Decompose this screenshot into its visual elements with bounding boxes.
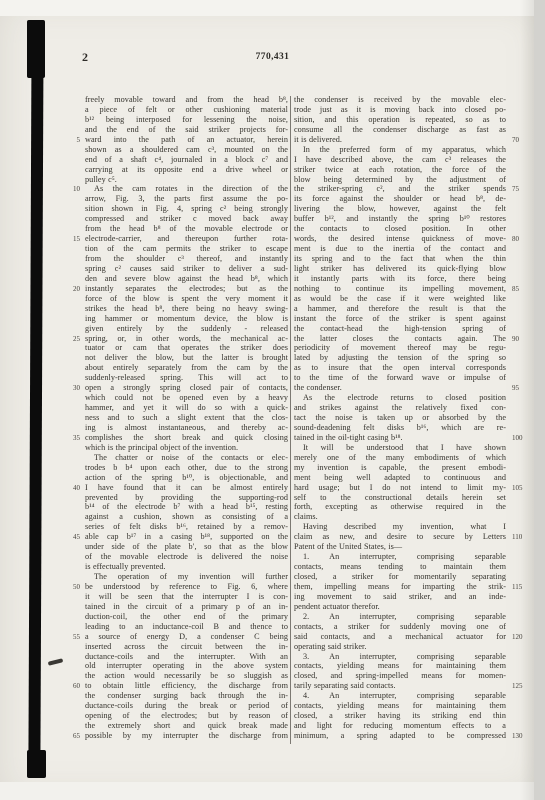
line-number: 40 [64,484,85,494]
text-line: contacts, means tending to maintain them [294,562,526,572]
line-text: trode just as it is moving back into clo… [294,105,506,115]
line-text: closed, a striker having its striking en… [294,711,506,721]
text-line: contacts, yielding means for maintaining… [294,701,526,711]
text-line: b¹⁴ of the electrode b⁷ with a head b¹⁵,… [64,502,288,512]
text-line: 45able cap b¹⁷ in a casing b¹⁸, supporte… [64,532,288,542]
line-text: The chatter or noise of the contacts or … [85,453,288,463]
scanned-patent-page: 2 770,431 freely movable toward and from… [0,0,545,800]
line-number: 125 [506,682,526,692]
text-line: prevented by providing the supporting-ro… [64,493,288,503]
line-text: den and severe blow against the head b⁸,… [85,274,288,284]
line-text: and light for reducing momentum effects … [294,721,506,731]
text-line: 110claim as new, and desire to secure by… [294,532,526,542]
line-text: 4. An interrupter, comprising separable [294,691,506,701]
text-line: trodes b b⁴ upon each other, due to the … [64,463,288,473]
line-text: strikes the head b⁸, there being no heav… [85,304,288,314]
line-text: b¹² being interposed for lessening the n… [85,115,288,125]
line-number: 30 [64,384,85,394]
line-number: 20 [64,285,85,295]
text-line: pulley c⁵. [64,175,288,185]
text-line: its force against the shoulder or head b… [294,194,526,204]
line-text: given entirely by the suddenly - release… [85,324,288,334]
text-line: given entirely by the suddenly - release… [64,324,288,334]
text-line: old interrupter operating in the above s… [64,661,288,671]
text-line: arrow, Fig. 3, the parts first assume th… [64,194,288,204]
text-line: The chatter or noise of the contacts or … [64,453,288,463]
text-line: shown as a shouldered cam c³, mounted on… [64,145,288,155]
line-text: a hammer, and therefore the result is th… [294,304,506,314]
text-line: 130minimum, a spring adapted to be compr… [294,731,526,741]
line-text: its force against the shoulder or head b… [294,194,506,204]
line-text: sition, and this operation is repeated, … [294,115,506,125]
scan-binding-bar [28,22,43,770]
line-number: 70 [506,136,526,146]
text-line: 90the latter closes the contacts again. … [294,334,526,344]
line-text: as would be the case if it were weighted… [294,294,506,304]
line-text: I have found that it can be almost entir… [85,483,288,493]
text-line: blow being determined by the adjustment … [294,175,526,185]
line-number: 80 [506,235,526,245]
line-number: 60 [64,682,85,692]
line-text: as to insure that the open interval corr… [294,363,506,373]
line-text: trodes b b⁴ upon each other, due to the … [85,463,288,473]
text-line: against a cushion, shown as consisting o… [64,512,288,522]
line-text: ing movement to said striker, and an ind… [294,592,506,602]
line-number: 115 [506,583,526,593]
text-line: ment being well adapted to continuous an… [294,473,526,483]
line-text: sound-deadening felt disks b¹⁶, which ar… [294,423,506,433]
line-text: consume all the condenser discharge as f… [294,125,506,135]
text-line: lated by adjusting the tension of the sp… [294,353,526,363]
line-text: self to the constructional details herei… [294,493,506,503]
text-line: and light for reducing momentum effects … [294,721,526,731]
text-line: 5ward into the path of an actuator, here… [64,135,288,145]
text-line: It will be understood that I have shown [294,443,526,453]
line-text: ness and to such a slight extent that th… [85,413,288,423]
column-divider-rule [290,96,291,744]
line-number: 35 [64,434,85,444]
text-line: under side of the plate b′, so that as t… [64,542,288,552]
line-number: 120 [506,633,526,643]
line-text: from the shoulder c³ thereof, and instan… [85,254,288,264]
line-text: able cap b¹⁷ in a casing b¹⁸, supported … [85,532,288,542]
text-line: As the electrode returns to closed posit… [294,393,526,403]
text-line: which could not be opened even by a heav… [64,393,288,403]
scan-top-margin [0,0,545,16]
line-text: lated by adjusting the tension of the sp… [294,353,506,363]
text-line: 80words, the desired intense quickness o… [294,234,526,244]
text-line: a hammer, and therefore the result is th… [294,304,526,314]
line-text: opening of the electrodes; but by reason… [85,711,288,721]
line-text: the condenser surging back through the i… [85,691,288,701]
line-text: minimum, a spring adapted to be compress… [294,731,506,741]
line-text: Patent of the United States, is— [294,542,506,552]
line-text: hammer, and yet it will do so with a qui… [85,403,288,413]
text-line: sition, and this operation is repeated, … [294,115,526,125]
text-line: self to the constructional details herei… [294,493,526,503]
line-text: my invention is capable, the present emb… [294,463,506,473]
line-text: action of the spring b¹⁰, is objectionab… [85,473,288,483]
line-text: and the end of the said striker projects… [85,125,288,135]
line-text: series of felt disks b¹⁶, retained by a … [85,522,288,532]
line-number: 85 [506,285,526,295]
text-line: I have described above, the cam c³ relea… [294,155,526,165]
line-text: the striker-spring c², and the striker s… [294,184,506,194]
text-line: 70it is delivered. [294,135,526,145]
text-line: contacts, yielding means for maintaining… [294,661,526,671]
line-text: prevented by providing the supporting-ro… [85,493,288,503]
line-number: 105 [506,484,526,494]
text-line: ductance-coils and the interrupter. With… [64,652,288,662]
text-line: the contacts to closed position. In othe… [294,224,526,234]
left-column: freely movable toward and from the head … [64,95,288,741]
line-text: blow being determined by the adjustment … [294,175,506,185]
text-line: hammer, and yet it will do so with a qui… [64,403,288,413]
text-line: 20instantly separates the electrodes; bu… [64,284,288,294]
text-line: carrying at its opposite end a drive whe… [64,165,288,175]
line-text: ductance-coils and the interrupter. With… [85,652,288,662]
text-line: about entirely separately from the cam b… [64,363,288,373]
line-number: 15 [64,235,85,245]
text-line: 65possible by my interrupter the dischar… [64,731,288,741]
line-text: As the cam rotates in the direction of t… [85,184,288,194]
line-text: freely movable toward and from the head … [85,95,288,105]
text-line: forth, excepting as otherwise required i… [294,502,526,512]
text-line: tact the noise is taken up or absorbed b… [294,413,526,423]
line-text: of the movable electrode is delivered th… [85,552,288,562]
line-number: 75 [506,185,526,195]
text-line: 105hard usage; but I do not intend to li… [294,483,526,493]
line-text: the latter closes the contacts again. Th… [294,334,506,344]
line-text: tion of the cam permits the striker to e… [85,244,288,254]
text-line: suddenly-released spring. This will act … [64,373,288,383]
text-line: the condenser is received by the movable… [294,95,526,105]
line-text: the contacts to closed position. In othe… [294,224,506,234]
line-text: leading to an inductance-coil B and then… [85,622,288,632]
text-line: as would be the case if it were weighted… [294,294,526,304]
text-line: spring c² causes said striker to deliver… [64,264,288,274]
text-line: Patent of the United States, is— [294,542,526,552]
text-line: instant the force of the striker is spen… [294,314,526,324]
line-text: contacts, yielding means for maintaining… [294,701,506,711]
text-line: trode just as it is moving back into clo… [294,105,526,115]
text-line: action of the spring b¹⁰, is objectionab… [64,473,288,483]
text-line: merely one of the many embodiments of wh… [294,453,526,463]
text-line: the condenser surging back through the i… [64,691,288,701]
line-text: 3. An interrupter, comprising separable [294,652,506,662]
text-line: 35complishes the short break and quick c… [64,433,288,443]
line-text: the extremely short and quick break made [85,721,288,731]
text-line: 10As the cam rotates in the direction of… [64,184,288,194]
line-text: ward into the path of an actuator, herei… [85,135,288,145]
text-line: 125tarily separating said contacts. [294,681,526,691]
line-text: a piece of felt or other cushioning mate… [85,105,288,115]
text-line: claims. [294,512,526,522]
text-line: den and severe blow against the head b⁸,… [64,274,288,284]
line-text: contacts, means tending to maintain them [294,562,506,572]
line-text: ductance-coils during the break or perio… [85,701,288,711]
line-number: 55 [64,633,85,643]
line-text: It will be understood that I have shown [294,443,506,453]
text-line: consume all the condenser discharge as f… [294,125,526,135]
line-text: carrying at its opposite end a drive whe… [85,165,288,175]
line-number: 5 [64,136,85,146]
line-text: it is delivered. [294,135,506,145]
line-text: pendent actuator therefor. [294,602,506,612]
line-number: 50 [64,583,85,593]
text-line: light striker has delivered its quick-fl… [294,264,526,274]
line-text: ing hammer or momentum device, the blow … [85,314,288,324]
line-text: it will be seen that the interrupter I i… [85,592,288,602]
line-text: open a strongly spring closed pair of co… [85,383,288,393]
line-text: which could not be opened even by a heav… [85,393,288,403]
line-text: b¹⁴ of the electrode b⁷ with a head b¹⁵,… [85,502,288,512]
text-line: the action would necessarily be so slugg… [64,671,288,681]
line-text: forth, excepting as otherwise required i… [294,502,506,512]
line-number: 95 [506,384,526,394]
line-text: claim as new, and desire to secure by Le… [294,532,506,542]
line-text: about entirely separately from the cam b… [85,363,288,373]
right-column: the condenser is received by the movable… [294,95,526,741]
line-text: contacts, a striker for suddenly moving … [294,622,506,632]
line-text: which is the principal object of the inv… [85,443,288,453]
text-line: compressed and striker c moved back away [64,214,288,224]
text-line: Having described my invention, what I [294,522,526,532]
line-text: In the preferred form of my apparatus, w… [294,145,506,155]
text-line: 120said contacts, and a mechanical actua… [294,632,526,642]
line-text: to obtain little efficiency, the dischar… [85,681,288,691]
text-line: 4. An interrupter, comprising separable [294,691,526,701]
line-text: pulley c⁵. [85,175,288,185]
line-text: electrode-carrier, and thereupon further… [85,234,288,244]
text-line: buffer b¹², and instantly the spring b¹⁰… [294,214,526,224]
line-text: 2. An interrupter, comprising separable [294,612,506,622]
text-line: strikes the head b⁸, there being no heav… [64,304,288,314]
line-text: tarily separating said contacts. [294,681,506,691]
text-line: livering the blow, however, against the … [294,204,526,214]
line-text: said contacts, and a mechanical actuator… [294,632,506,642]
line-text: As the electrode returns to closed posit… [294,393,506,403]
line-text: I have described above, the cam c³ relea… [294,155,506,165]
text-line: closed, and spring-impelled means for mo… [294,671,526,681]
line-text: spring, or, in other words, the mechanic… [85,334,288,344]
text-line: 60to obtain little efficiency, the disch… [64,681,288,691]
text-line: from the head b⁸ of the movable electrod… [64,224,288,234]
text-line: sound-deadening felt disks b¹⁶, which ar… [294,423,526,433]
scan-speck [48,658,64,666]
text-line: tained in the circuit of a primary p of … [64,602,288,612]
line-text: tained in the oil-tight casing b¹⁸. [294,433,506,443]
line-text: Having described my invention, what I [294,522,506,532]
text-line: it will be seen that the interrupter I i… [64,592,288,602]
text-line: 2. An interrupter, comprising separable [294,612,526,622]
text-line: 40I have found that it can be almost ent… [64,483,288,493]
line-text: nothing to continue its impelling moveme… [294,284,506,294]
text-line: In the preferred form of my apparatus, w… [294,145,526,155]
line-text: under side of the plate b′, so that as t… [85,542,288,552]
line-text: tact the noise is taken up or absorbed b… [294,413,506,423]
line-text: 1. An interrupter, comprising separable [294,552,506,562]
text-line: a piece of felt or other cushioning mate… [64,105,288,115]
line-text: duction-coil, the other end of the prima… [85,612,288,622]
text-line: tuator or cam that operates the striker … [64,343,288,353]
line-text: ing is almost instantaneous, and thereby… [85,423,288,433]
line-text: the condenser. [294,383,506,393]
text-line: contacts, a striker for suddenly moving … [294,622,526,632]
text-line: the extremely short and quick break made [64,721,288,731]
text-line: 3. An interrupter, comprising separable [294,652,526,662]
text-line: is effectually prevented. [64,562,288,572]
line-text: operating said striker. [294,642,506,652]
line-text: closed, a striker for momentarily separa… [294,572,506,582]
line-text: a source of energy D, a condenser C bein… [85,632,288,642]
line-text: be understood by reference to Fig. 6, wh… [85,582,288,592]
text-line: 55a source of energy D, a condenser C be… [64,632,288,642]
text-line: 25spring, or, in other words, the mechan… [64,334,288,344]
line-text: force of the blow is spent the very mome… [85,294,288,304]
text-line: not deliver the blow, but the latter is … [64,353,288,363]
scan-binding-bottom-blot [27,750,46,778]
line-text: tained in the circuit of a primary p of … [85,602,288,612]
line-text: light striker has delivered its quick-fl… [294,264,506,274]
text-line: ductance-coils during the break or perio… [64,701,288,711]
text-line: force of the blow is spent the very mome… [64,294,288,304]
text-line: 15electrode-carrier, and thereupon furth… [64,234,288,244]
line-text: possible by my interrupter the discharge… [85,731,288,741]
text-line: 115them, impelling means for imparting t… [294,582,526,592]
scan-right-edge [534,0,545,800]
scan-binding-top-blot [27,20,45,78]
text-line: which is the principal object of the inv… [64,443,288,453]
text-line: ing is almost instantaneous, and thereby… [64,423,288,433]
text-line: periodicity of movement thereof may be r… [294,343,526,353]
text-line: series of felt disks b¹⁶, retained by a … [64,522,288,532]
line-text: ment being well adapted to continuous an… [294,473,506,483]
text-line: and the end of the said striker projects… [64,125,288,135]
patent-number: 770,431 [0,52,545,62]
line-text: ment is due to the inertia of the contac… [294,244,506,254]
line-number: 65 [64,732,85,742]
line-text: sition shown in Fig. 4, spring c² being … [85,204,288,214]
line-text: its spring and to the fact that when the… [294,254,506,264]
text-line: it instantly parts with its force, there… [294,274,526,284]
text-line: 50be understood by reference to Fig. 6, … [64,582,288,592]
text-line: 100tained in the oil-tight casing b¹⁸. [294,433,526,443]
text-line: The operation of my invention will furth… [64,572,288,582]
line-text: suddenly-released spring. This will act … [85,373,288,383]
line-text: arrow, Fig. 3, the parts first assume th… [85,194,288,204]
line-text: to the time of the forward wave or impul… [294,373,506,383]
text-line: 95the condenser. [294,383,526,393]
line-text: livering the blow, however, against the … [294,204,506,214]
text-line: freely movable toward and from the head … [64,95,288,105]
text-line: of the movable electrode is delivered th… [64,552,288,562]
text-line: from the shoulder c³ thereof, and instan… [64,254,288,264]
text-line: 75the striker-spring c², and the striker… [294,184,526,194]
text-line: ing movement to said striker, and an ind… [294,592,526,602]
text-line: leading to an inductance-coil B and then… [64,622,288,632]
line-text: the contact-head the high-tension spring… [294,324,506,334]
line-text: compressed and striker c moved back away [85,214,288,224]
text-line: end of a shaft c⁴, journaled in a block … [64,155,288,165]
text-line: tion of the cam permits the striker to e… [64,244,288,254]
line-text: spring c² causes said striker to deliver… [85,264,288,274]
text-line: 30open a strongly spring closed pair of … [64,383,288,393]
line-text: hard usage; but I do not intend to limit… [294,483,506,493]
text-line: duction-coil, the other end of the prima… [64,612,288,622]
line-text: closed, and spring-impelled means for mo… [294,671,506,681]
text-line: sition shown in Fig. 4, spring c² being … [64,204,288,214]
line-text: tuator or cam that operates the striker … [85,343,288,353]
text-line: ment is due to the inertia of the contac… [294,244,526,254]
line-text: against a cushion, shown as consisting o… [85,512,288,522]
text-line: 1. An interrupter, comprising separable [294,552,526,562]
line-text: inserted across the circuit between the … [85,642,288,652]
text-line: as to insure that the open interval corr… [294,363,526,373]
text-line: b¹² being interposed for lessening the n… [64,115,288,125]
line-text: not deliver the blow, but the latter is … [85,353,288,363]
line-number: 25 [64,335,85,345]
line-number: 10 [64,185,85,195]
text-line: pendent actuator therefor. [294,602,526,612]
line-text: striker twice at each rotation, the forc… [294,165,506,175]
text-line: operating said striker. [294,642,526,652]
line-text: words, the desired intense quickness of … [294,234,506,244]
text-line: its spring and to the fact that when the… [294,254,526,264]
line-text: instantly separates the electrodes; but … [85,284,288,294]
text-line: inserted across the circuit between the … [64,642,288,652]
line-text: is effectually prevented. [85,562,288,572]
text-line: my invention is capable, the present emb… [294,463,526,473]
line-text: shown as a shouldered cam c³, mounted on… [85,145,288,155]
line-text: instant the force of the striker is spen… [294,314,506,324]
scan-bottom-margin [0,782,545,800]
text-line: opening of the electrodes; but by reason… [64,711,288,721]
line-text: The operation of my invention will furth… [85,572,288,582]
text-line: 85nothing to continue its impelling move… [294,284,526,294]
line-text: the condenser is received by the movable… [294,95,506,105]
line-text: it instantly parts with its force, there… [294,274,506,284]
text-line: to the time of the forward wave or impul… [294,373,526,383]
line-number: 90 [506,335,526,345]
line-text: buffer b¹², and instantly the spring b¹⁰… [294,214,506,224]
line-text: periodicity of movement thereof may be r… [294,343,506,353]
line-text: contacts, yielding means for maintaining… [294,661,506,671]
line-text: and strikes against the relatively fixed… [294,403,506,413]
text-line: ing hammer or momentum device, the blow … [64,314,288,324]
text-line: the contact-head the high-tension spring… [294,324,526,334]
text-line: striker twice at each rotation, the forc… [294,165,526,175]
line-text: them, impelling means for imparting the … [294,582,506,592]
line-number: 130 [506,732,526,742]
text-line: ness and to such a slight extent that th… [64,413,288,423]
line-text: claims. [294,512,506,522]
line-number: 45 [64,533,85,543]
line-text: from the head b⁸ of the movable electrod… [85,224,288,234]
line-text: merely one of the many embodiments of wh… [294,453,506,463]
line-text: end of a shaft c⁴, journaled in a block … [85,155,288,165]
text-line: closed, a striker having its striking en… [294,711,526,721]
line-number: 110 [506,533,526,543]
line-text: the action would necessarily be so slugg… [85,671,288,681]
text-line: and strikes against the relatively fixed… [294,403,526,413]
text-line: closed, a striker for momentarily separa… [294,572,526,582]
line-text: old interrupter operating in the above s… [85,661,288,671]
line-number: 100 [506,434,526,444]
line-text: complishes the short break and quick clo… [85,433,288,443]
